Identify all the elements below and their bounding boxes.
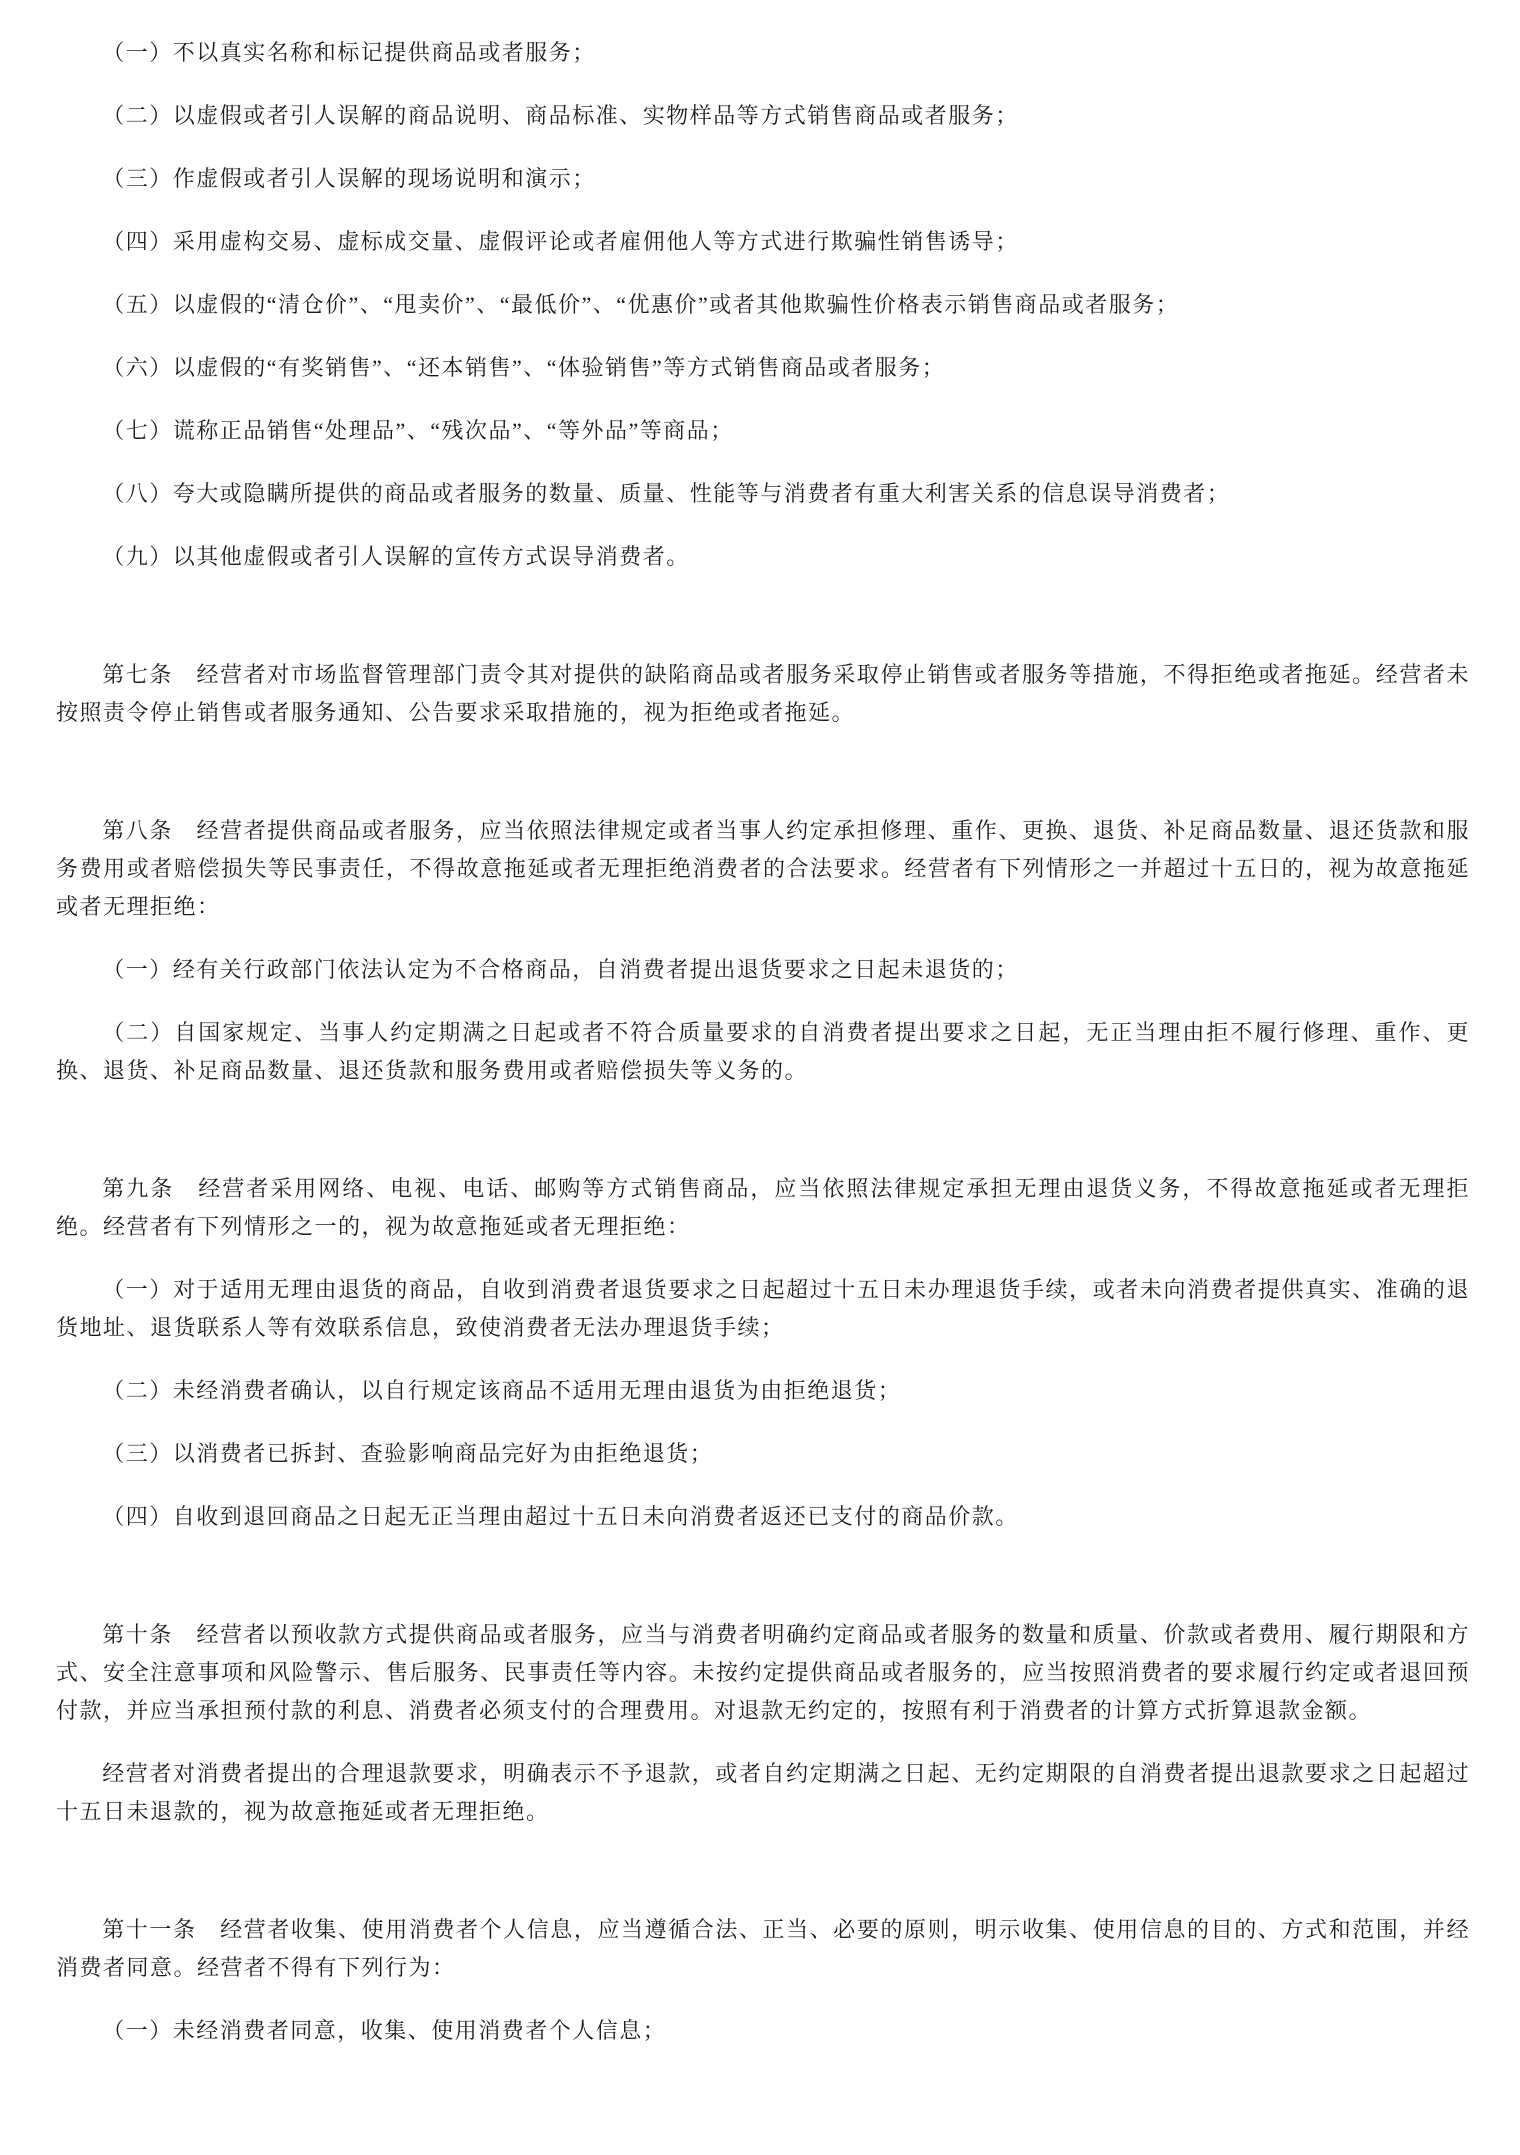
list-item: （一）不以真实名称和标记提供商品或者服务； [56, 34, 1470, 72]
list-item: （二）自国家规定、当事人约定期满之日起或者不符合质量要求的自消费者提出要求之日起… [56, 1014, 1470, 1090]
list-item: （四）自收到退回商品之日起无正当理由超过十五日未向消费者返还已支付的商品价款。 [56, 1498, 1470, 1536]
list-item: （七）谎称正品销售“处理品”、“残次品”、“等外品”等商品； [56, 412, 1470, 450]
list-item: （一）经有关行政部门依法认定为不合格商品，自消费者提出退货要求之日起未退货的； [56, 951, 1470, 989]
list-item: （一）对于适用无理由退货的商品，自收到消费者退货要求之日起超过十五日未办理退货手… [56, 1271, 1470, 1347]
list-item: （六）以虚假的“有奖销售”、“还本销售”、“体验销售”等方式销售商品或者服务； [56, 349, 1470, 387]
article-paragraph: 第十一条 经营者收集、使用消费者个人信息，应当遵循合法、正当、必要的原则，明示收… [56, 1911, 1470, 1987]
article-paragraph: 第九条 经营者采用网络、电视、电话、邮购等方式销售商品，应当依照法律规定承担无理… [56, 1170, 1470, 1246]
body-paragraph: 经营者对消费者提出的合理退款要求，明确表示不予退款，或者自约定期满之日起、无约定… [56, 1755, 1470, 1831]
list-item: （三）以消费者已拆封、查验影响商品完好为由拒绝退货； [56, 1435, 1470, 1473]
article-paragraph: 第八条 经营者提供商品或者服务，应当依照法律规定或者当事人约定承担修理、重作、更… [56, 812, 1470, 926]
list-item: （四）采用虚构交易、虚标成交量、虚假评论或者雇佣他人等方式进行欺骗性销售诱导； [56, 223, 1470, 261]
document-body: （一）不以真实名称和标记提供商品或者服务；（二）以虚假或者引人误解的商品说明、商… [56, 34, 1470, 2050]
list-item: （一）未经消费者同意，收集、使用消费者个人信息； [56, 2012, 1470, 2050]
list-item: （二）以虚假或者引人误解的商品说明、商品标准、实物样品等方式销售商品或者服务； [56, 97, 1470, 135]
document-page: （一）不以真实名称和标记提供商品或者服务；（二）以虚假或者引人误解的商品说明、商… [0, 0, 1520, 2155]
list-item: （二）未经消费者确认，以自行规定该商品不适用无理由退货为由拒绝退货； [56, 1372, 1470, 1410]
list-item: （九）以其他虚假或者引人误解的宣传方式误导消费者。 [56, 538, 1470, 576]
list-item: （五）以虚假的“清仓价”、“甩卖价”、“最低价”、“优惠价”或者其他欺骗性价格表… [56, 286, 1470, 324]
article-paragraph: 第十条 经营者以预收款方式提供商品或者服务，应当与消费者明确约定商品或者服务的数… [56, 1616, 1470, 1730]
list-item: （三）作虚假或者引人误解的现场说明和演示； [56, 160, 1470, 198]
list-item: （八）夸大或隐瞒所提供的商品或者服务的数量、质量、性能等与消费者有重大利害关系的… [56, 475, 1470, 513]
article-paragraph: 第七条 经营者对市场监督管理部门责令其对提供的缺陷商品或者服务采取停止销售或者服… [56, 656, 1470, 732]
